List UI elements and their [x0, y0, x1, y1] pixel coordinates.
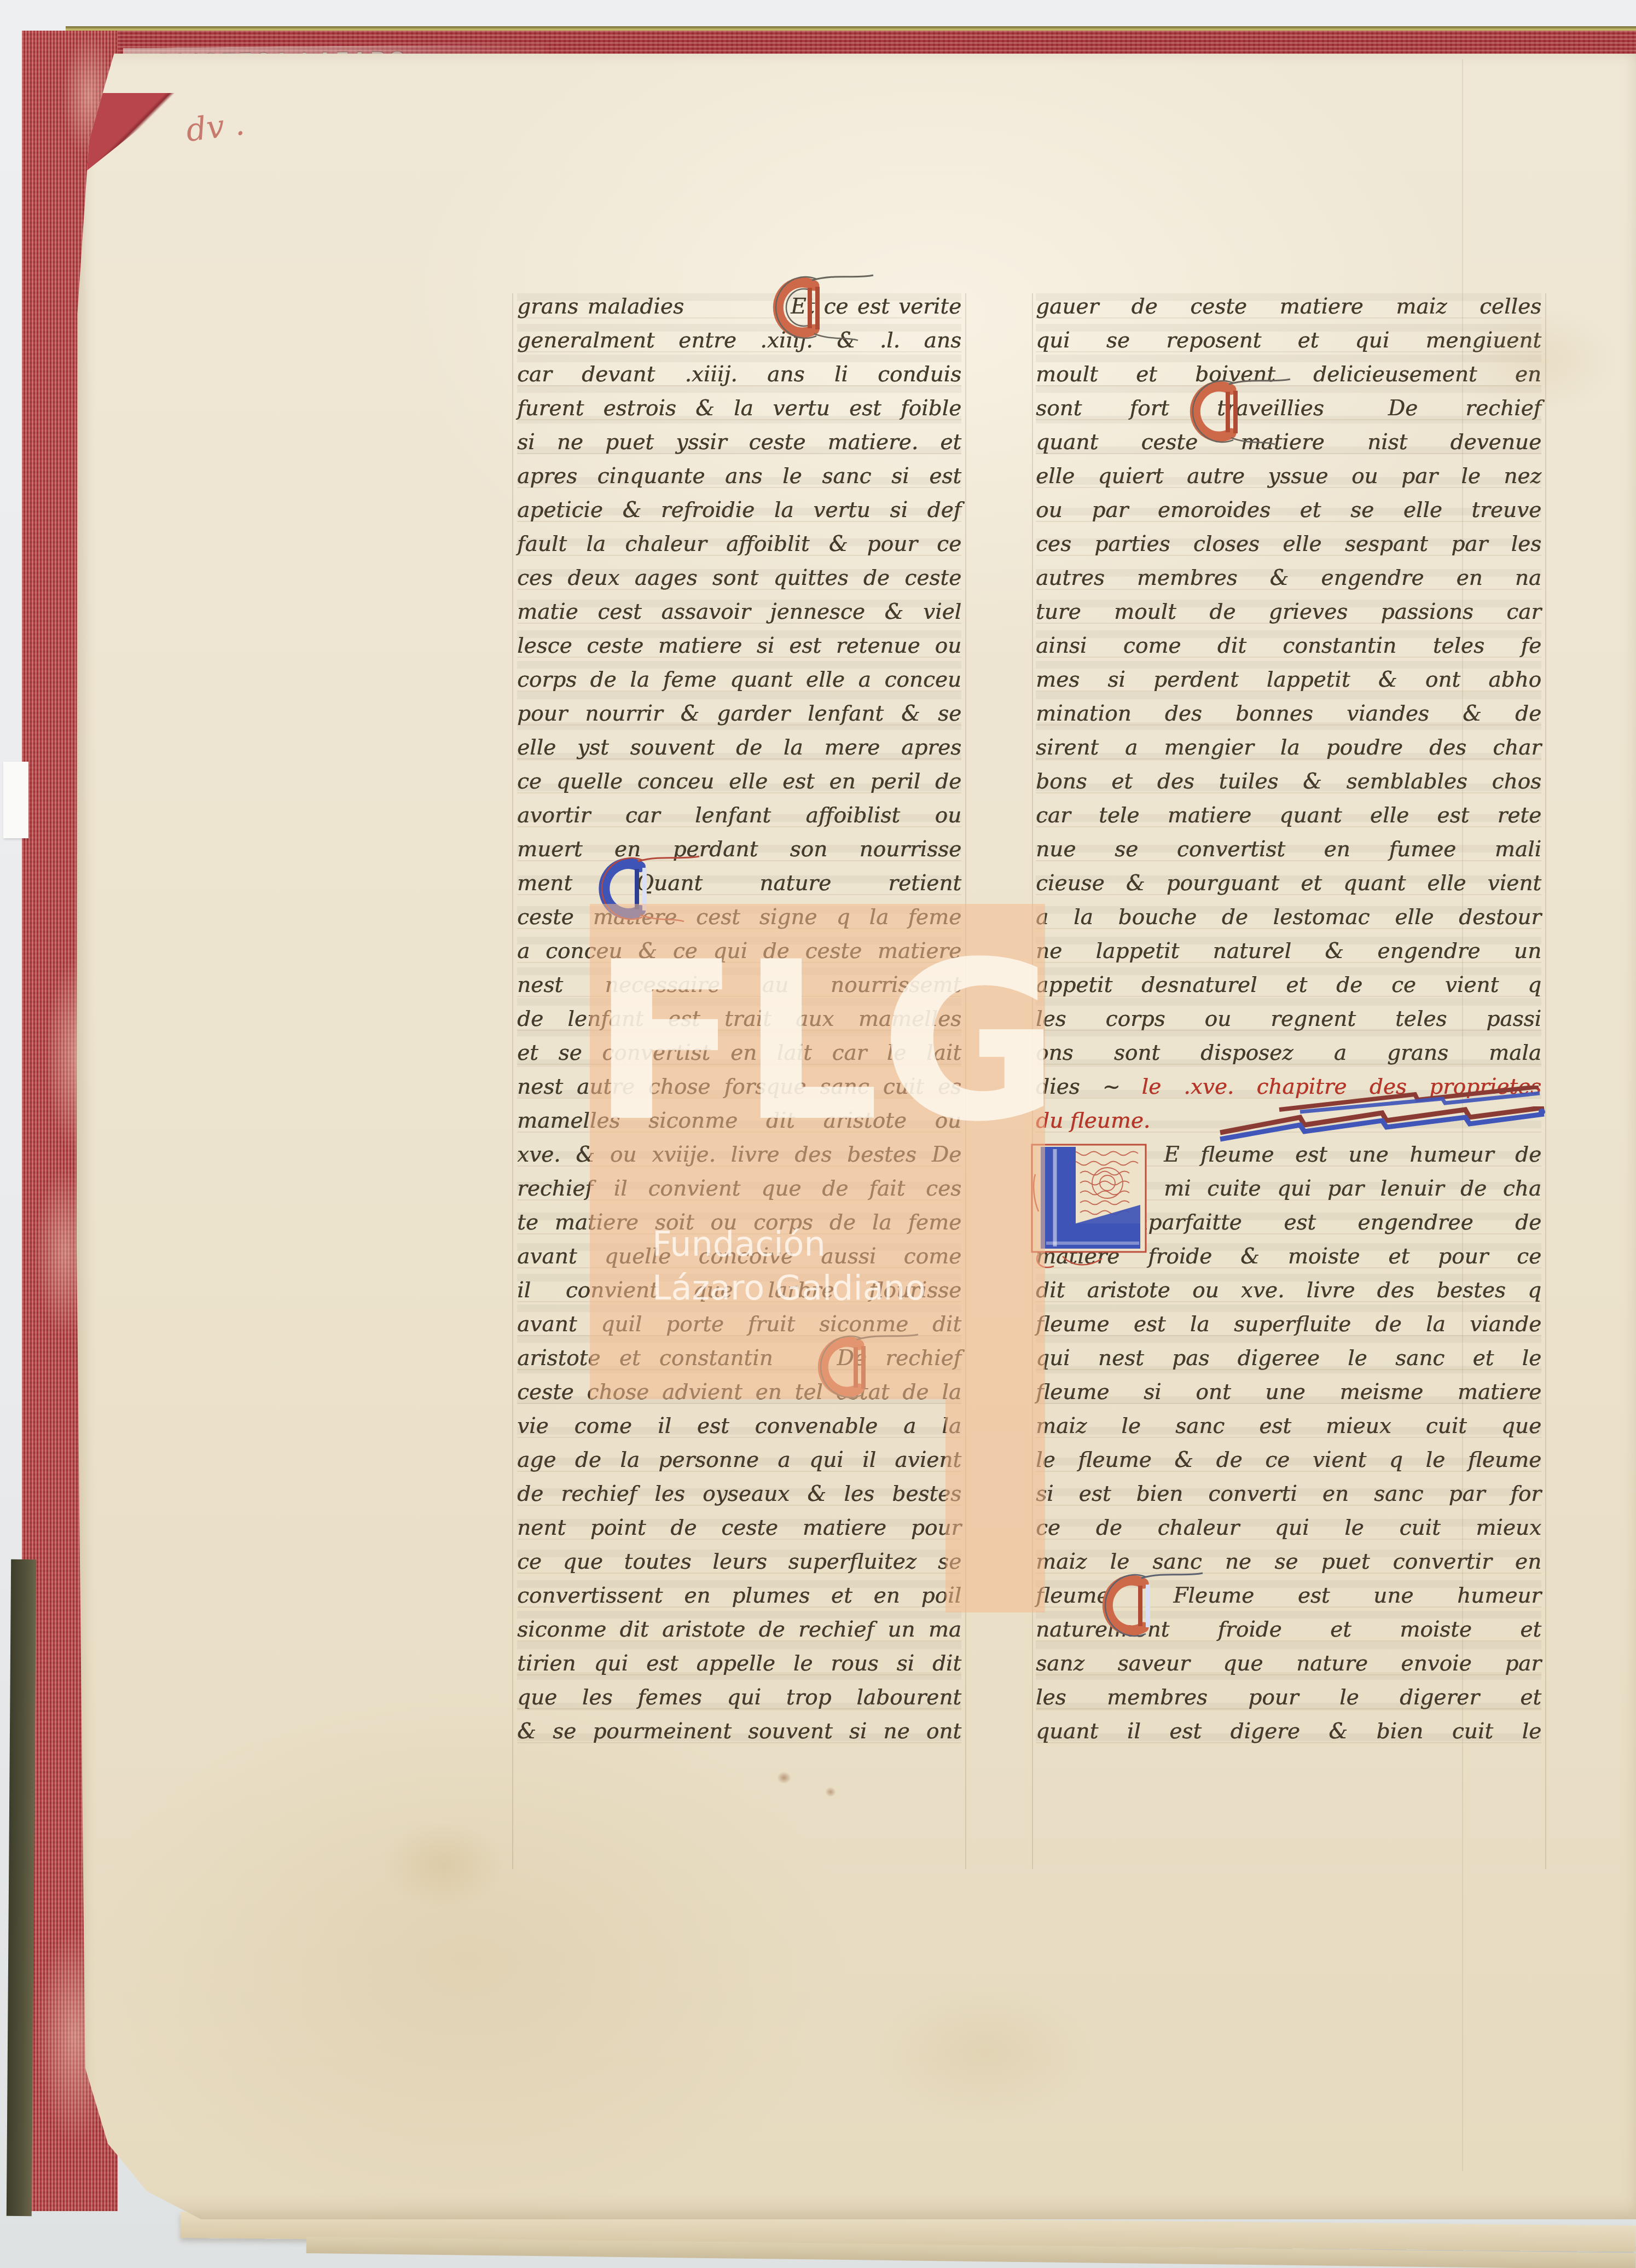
manuscript-line: leur imparfaitte est engendree de	[1036, 1206, 1541, 1240]
parchment-stain	[777, 1772, 791, 1784]
manuscript-line: maiz le sanc ne se puet convertir en	[1036, 1545, 1541, 1579]
manuscript-line: generalment entre .xiiij. & .l. ans	[517, 324, 961, 358]
manuscript-line: vie come il est convenable a la	[517, 1409, 961, 1443]
manuscript-line: ment Quant nature retient	[517, 867, 961, 901]
manuscript-line: cieuse & pourguant et quant elle vient	[1036, 867, 1541, 901]
manuscript-line: fleume Fleume est une humeur	[1036, 1579, 1541, 1613]
manuscript-line: et se convertist en lait car le lait	[517, 1036, 961, 1070]
manuscript-line: nue se convertist en fumee mali	[1036, 833, 1541, 867]
parchment-page: dv grans maladies Et ce est veritegenera…	[77, 54, 1636, 2219]
manuscript-line: du fleume.	[1036, 1104, 1541, 1138]
manuscript-line: nest autre chose forsque sanc cuit es	[517, 1070, 961, 1104]
manuscript-line: & se pourmeinent souvent si ne ont	[517, 1715, 961, 1749]
manuscript-line: gauer de ceste matiere maiz celles	[1036, 290, 1541, 324]
parchment-stain	[383, 1821, 503, 1909]
manuscript-line: ces parties closes elle sespant par les	[1036, 527, 1541, 561]
ruling-line	[1545, 293, 1546, 1869]
manuscript-line: convertissent en plumes et en poil	[517, 1579, 961, 1613]
manuscript-line: ne lappetit naturel & engendre un	[1036, 935, 1541, 968]
manuscript-line: nent point de ceste matiere pour	[517, 1511, 961, 1545]
manuscript-line: corps de la feme quant elle a conceu	[517, 663, 961, 697]
manuscript-line: si est bien converti en sanc par for	[1036, 1477, 1541, 1511]
manuscript-line: naturelment froide et moiste et	[1036, 1613, 1541, 1647]
manuscript-line: aristote et constantin De rechief	[517, 1342, 961, 1376]
manuscript-line: muert en perdant son nourrisse	[517, 833, 961, 867]
manuscript-line: avant quelle concoive aussi come	[517, 1240, 961, 1274]
manuscript-line: car tele matiere quant elle est rete	[1036, 799, 1541, 833]
manuscript-photo: BIBLIOTECA LAZARO GALDIANO dv grans mala…	[0, 0, 1636, 2268]
ruling-line	[1032, 293, 1033, 1869]
manuscript-line: ceste chose advient en tel estat de la	[517, 1376, 961, 1409]
manuscript-line: apres cinquante ans le sanc si est	[517, 460, 961, 494]
manuscript-line: ture moult de grieves passions car	[1036, 595, 1541, 629]
manuscript-line: nest necessaire au nourrissemt	[517, 968, 961, 1002]
manuscript-line: siconme dit aristote de rechief un ma	[517, 1613, 961, 1647]
manuscript-line: apeticie & refroidie la vertu si def	[517, 494, 961, 527]
manuscript-line: avant quil porte fruit siconme dit	[517, 1308, 961, 1342]
manuscript-line: mamelles siconme dit aristote ou	[517, 1104, 961, 1138]
manuscript-line: pour nourrir & garder lenfant & se	[517, 697, 961, 731]
manuscript-line: appetit desnaturel et de ce vient q	[1036, 968, 1541, 1002]
manuscript-line: ou par emoroides et se elle treuve	[1036, 494, 1541, 527]
manuscript-line: a la bouche de lestomac elle destour	[1036, 901, 1541, 935]
manuscript-line: mination des bonnes viandes & de	[1036, 697, 1541, 731]
manuscript-line: elle quiert autre yssue ou par le nez	[1036, 460, 1541, 494]
manuscript-line: furent estrois & la vertu est foible	[517, 392, 961, 426]
manuscript-line: les membres pour le digerer et	[1036, 1681, 1541, 1715]
manuscript-line: ons sont disposez a grans mala	[1036, 1036, 1541, 1070]
parchment-stain	[870, 1980, 1100, 2122]
manuscript-line: elle yst souvent de la mere apres	[517, 731, 961, 765]
manuscript-line: qui se reposent et qui mengiuent	[1036, 324, 1541, 358]
manuscript-line: lesce ceste matiere si est retenue ou	[517, 629, 961, 663]
manuscript-line: E fleume est une humeur de	[1036, 1138, 1541, 1172]
manuscript-line: de lenfant est trait aux mamelles	[517, 1002, 961, 1036]
manuscript-line: fleume si ont une meisme matiere	[1036, 1376, 1541, 1409]
manuscript-line: sirent a mengier la poudre des char	[1036, 731, 1541, 765]
manuscript-line: matie cest assavoir jennesce & viel	[517, 595, 961, 629]
text-column-right: gauer de ceste matiere maiz cellesqui se…	[1036, 290, 1541, 1749]
manuscript-line: mi cuite qui par lenuir de cha	[1036, 1172, 1541, 1206]
manuscript-line: il convient que larbre flourisse	[517, 1274, 961, 1308]
manuscript-line: si ne puet yssir ceste matiere. et	[517, 426, 961, 460]
manuscript-line: dit aristote ou xve. livre des bestes q	[1036, 1274, 1541, 1308]
manuscript-line: grans maladies Et ce est verite	[517, 290, 961, 324]
manuscript-line: car devant .xiiij. ans li conduis	[517, 358, 961, 392]
manuscript-line: le fleume & de ce vient q le fleume	[1036, 1443, 1541, 1477]
manuscript-line: xve. & ou xviije. livre des bestes De	[517, 1138, 961, 1172]
manuscript-line: moult et boivent delicieusement en	[1036, 358, 1541, 392]
manuscript-line: qui nest pas digeree le sanc et le	[1036, 1342, 1541, 1376]
manuscript-line: que les femes qui trop labourent	[517, 1681, 961, 1715]
manuscript-line: age de la personne a qui il avient	[517, 1443, 961, 1477]
manuscript-line: fleume est la superfluite de la viande	[1036, 1308, 1541, 1342]
manuscript-line: quant ceste matiere nist devenue	[1036, 426, 1541, 460]
ruling-line	[965, 293, 966, 1869]
text-column-left: grans maladies Et ce est veritegeneralme…	[517, 290, 961, 1749]
manuscript-line: te matiere soit ou corps de la feme	[517, 1206, 961, 1240]
parchment-stain	[825, 1787, 836, 1797]
manuscript-line: mes si perdent lappetit & ont abho	[1036, 663, 1541, 697]
manuscript-line: dies ~ le .xve. chapitre des proprietes	[1036, 1070, 1541, 1104]
manuscript-line: maiz le sanc est mieux cuit que	[1036, 1409, 1541, 1443]
manuscript-line: rechief il convient que de fait ces	[517, 1172, 961, 1206]
manuscript-line: sont fort traveillies De rechief	[1036, 392, 1541, 426]
manuscript-line: autres membres & engendre en na	[1036, 561, 1541, 595]
paper-fragment	[3, 762, 28, 838]
manuscript-line: avortir car lenfant affoiblist ou	[517, 799, 961, 833]
manuscript-line: a conceu & ce qui de ceste matiere	[517, 935, 961, 968]
manuscript-line: tirien qui est appelle le rous si dit	[517, 1647, 961, 1681]
ruling-line	[512, 293, 513, 1869]
manuscript-line: matiere froide & moiste et pour ce	[1036, 1240, 1541, 1274]
ink-annotation: dv	[184, 105, 246, 149]
manuscript-line: quant il est digere & bien cuit le	[1036, 1715, 1541, 1749]
manuscript-line: ceste matiere cest signe q la feme	[517, 901, 961, 935]
manuscript-line: sanz saveur que nature envoie par	[1036, 1647, 1541, 1681]
binding-board-edge	[7, 1559, 36, 2216]
manuscript-line: fault la chaleur affoiblit & pour ce	[517, 527, 961, 561]
manuscript-line: les corps ou regnent teles passi	[1036, 1002, 1541, 1036]
manuscript-line: ce que toutes leurs superfluitez se	[517, 1545, 961, 1579]
manuscript-line: ces deux aages sont quittes de ceste	[517, 561, 961, 595]
manuscript-line: ce quelle conceu elle est en peril de	[517, 765, 961, 799]
manuscript-line: ce de chaleur qui le cuit mieux	[1036, 1511, 1541, 1545]
manuscript-line: ainsi come dit constantin teles fe	[1036, 629, 1541, 663]
manuscript-line: bons et des tuiles & semblables chos	[1036, 765, 1541, 799]
manuscript-line: de rechief les oyseaux & les bestes	[517, 1477, 961, 1511]
